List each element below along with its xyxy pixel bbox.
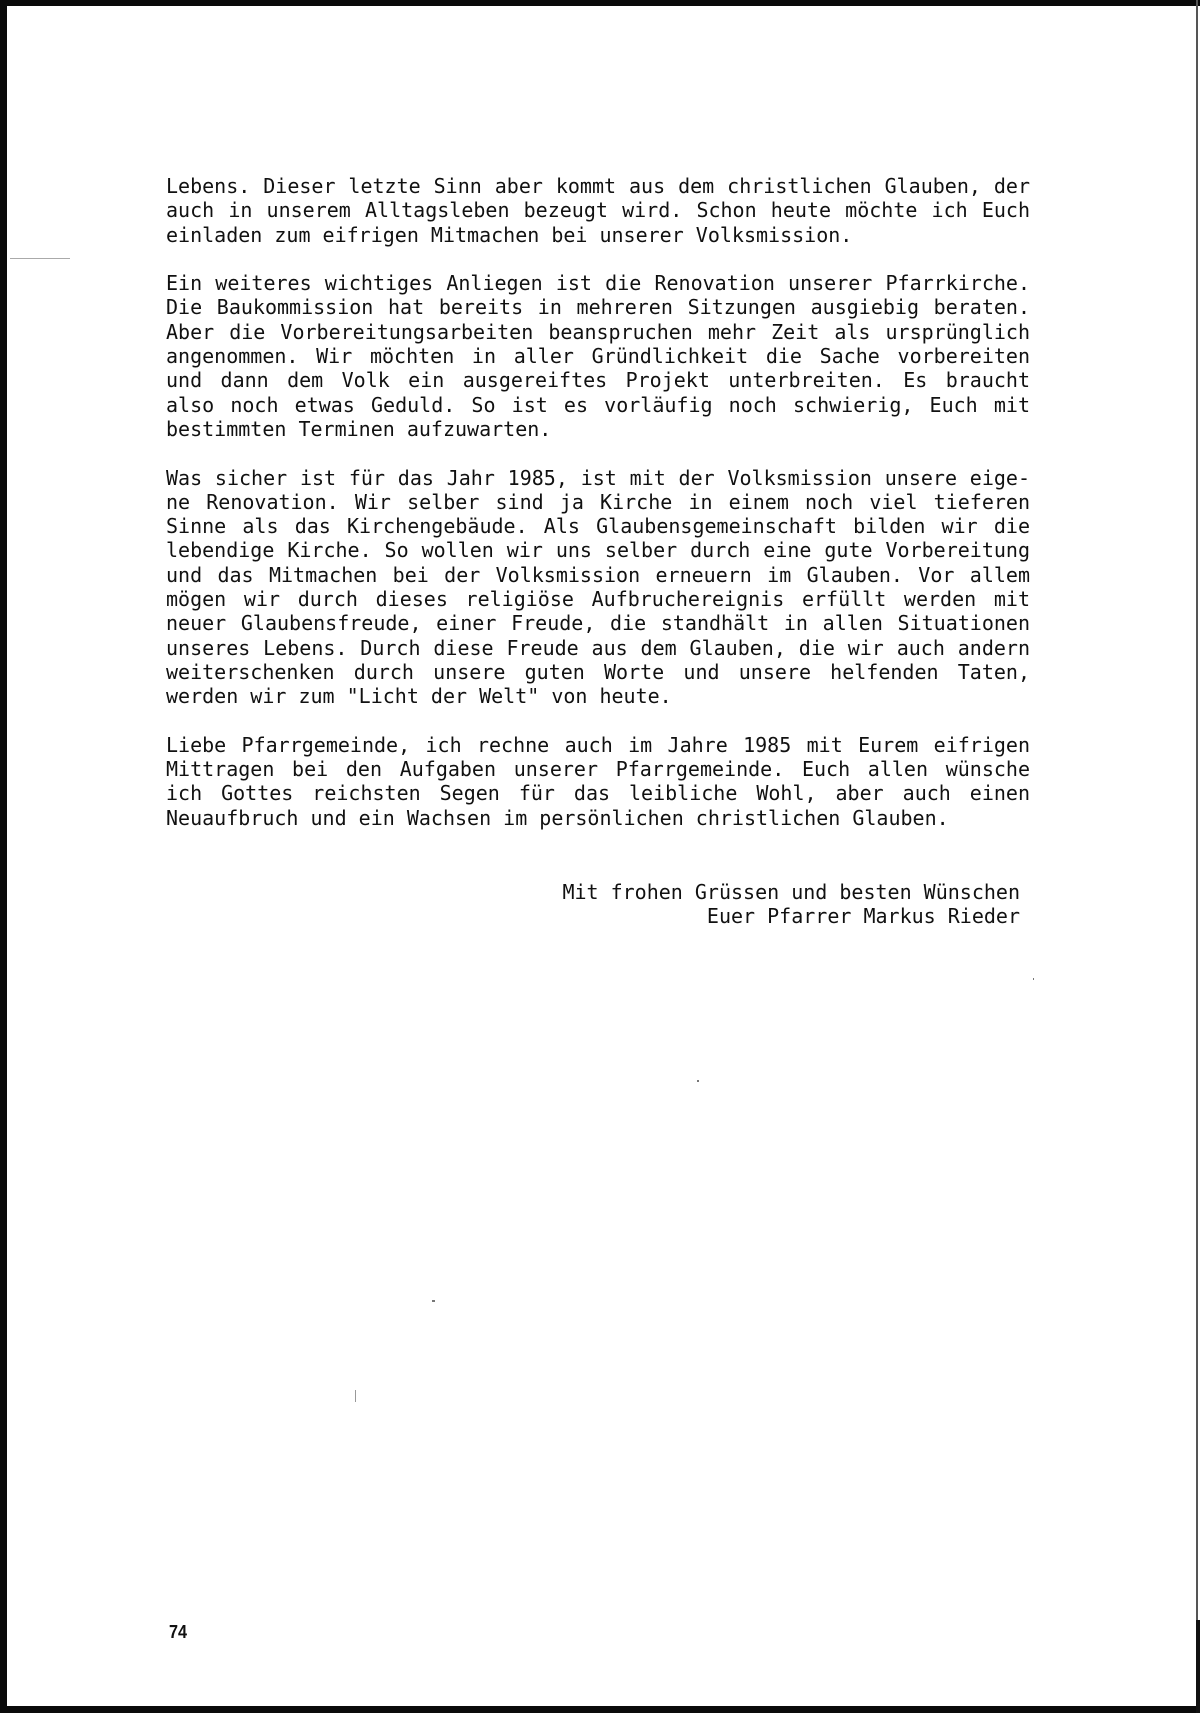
text-line: ne Renovation. Wir selber sind ja Kirche…: [166, 490, 1030, 514]
text-line: neuer Glaubensfreude, einer Freude, die …: [166, 611, 1030, 635]
paragraph-3: Was sicher ist für das Jahr 1985, ist mi…: [166, 466, 1030, 709]
text-line: Aber die Vorbereitungsarbeiten beanspruc…: [166, 320, 1030, 344]
letter-body: Lebens. Dieser letzte Sinn aber kommt au…: [166, 174, 1030, 854]
paragraph-2: Ein weiteres wichtiges Anliegen ist die …: [166, 271, 1030, 441]
closing-line: Mit frohen Grüssen und besten Wünschen: [550, 880, 1020, 904]
paragraph-4: Liebe Pfarrgemeinde, ich rechne auch im …: [166, 733, 1030, 830]
text-line: unseres Lebens. Durch diese Freude aus d…: [166, 636, 1030, 660]
text-line: einladen zum eifrigen Mitmachen bei unse…: [166, 223, 1030, 247]
text-line: weiterschenken durch unsere guten Worte …: [166, 660, 1030, 684]
text-line: auch in unserem Alltagsleben bezeugt wir…: [166, 198, 1030, 222]
scan-border-bottom: [0, 1706, 1200, 1713]
text-line: angenommen. Wir möchten in aller Gründli…: [166, 344, 1030, 368]
text-line: und das Mitmachen bei der Volksmission e…: [166, 563, 1030, 587]
text-line: Was sicher ist für das Jahr 1985, ist mi…: [166, 466, 1030, 490]
text-line: also noch etwas Geduld. So ist es vorläu…: [166, 393, 1030, 417]
text-line: Ein weiteres wichtiges Anliegen ist die …: [166, 271, 1030, 295]
page-number: 74: [169, 1622, 187, 1643]
text-line: Mittragen bei den Aufgaben unserer Pfarr…: [166, 757, 1030, 781]
text-line: ich Gottes reichsten Segen für das leibl…: [166, 781, 1030, 805]
text-line: mögen wir durch dieses religiöse Aufbruc…: [166, 587, 1030, 611]
scan-speck: [1033, 978, 1034, 980]
text-line: und dann dem Volk ein ausgereiftes Proje…: [166, 368, 1030, 392]
signature-block: Mit frohen Grüssen und besten Wünschen E…: [550, 880, 1020, 929]
text-line: werden wir zum "Licht der Welt" von heut…: [166, 684, 1030, 708]
scan-speck: [697, 1080, 699, 1082]
scan-speck: [355, 1390, 356, 1402]
scan-speck: [10, 258, 70, 259]
signature-name: Euer Pfarrer Markus Rieder: [550, 904, 1020, 928]
scan-border-right: [1196, 0, 1198, 1713]
scan-border-left: [0, 0, 7, 1713]
text-line: Liebe Pfarrgemeinde, ich rechne auch im …: [166, 733, 1030, 757]
scanned-page: Lebens. Dieser letzte Sinn aber kommt au…: [0, 0, 1200, 1713]
text-line: Neuaufbruch und ein Wachsen im persönlic…: [166, 806, 1030, 830]
text-line: bestimmten Terminen aufzuwarten.: [166, 417, 1030, 441]
scan-border-corner: [1196, 1620, 1200, 1713]
text-line: Lebens. Dieser letzte Sinn aber kommt au…: [166, 174, 1030, 198]
text-line: Die Baukommission hat bereits in mehrere…: [166, 295, 1030, 319]
scan-speck: [432, 1300, 435, 1302]
paragraph-1: Lebens. Dieser letzte Sinn aber kommt au…: [166, 174, 1030, 247]
text-line: lebendige Kirche. So wollen wir uns selb…: [166, 538, 1030, 562]
text-line: Sinne als das Kirchengebäude. Als Glaube…: [166, 514, 1030, 538]
scan-border-top: [0, 0, 1200, 6]
